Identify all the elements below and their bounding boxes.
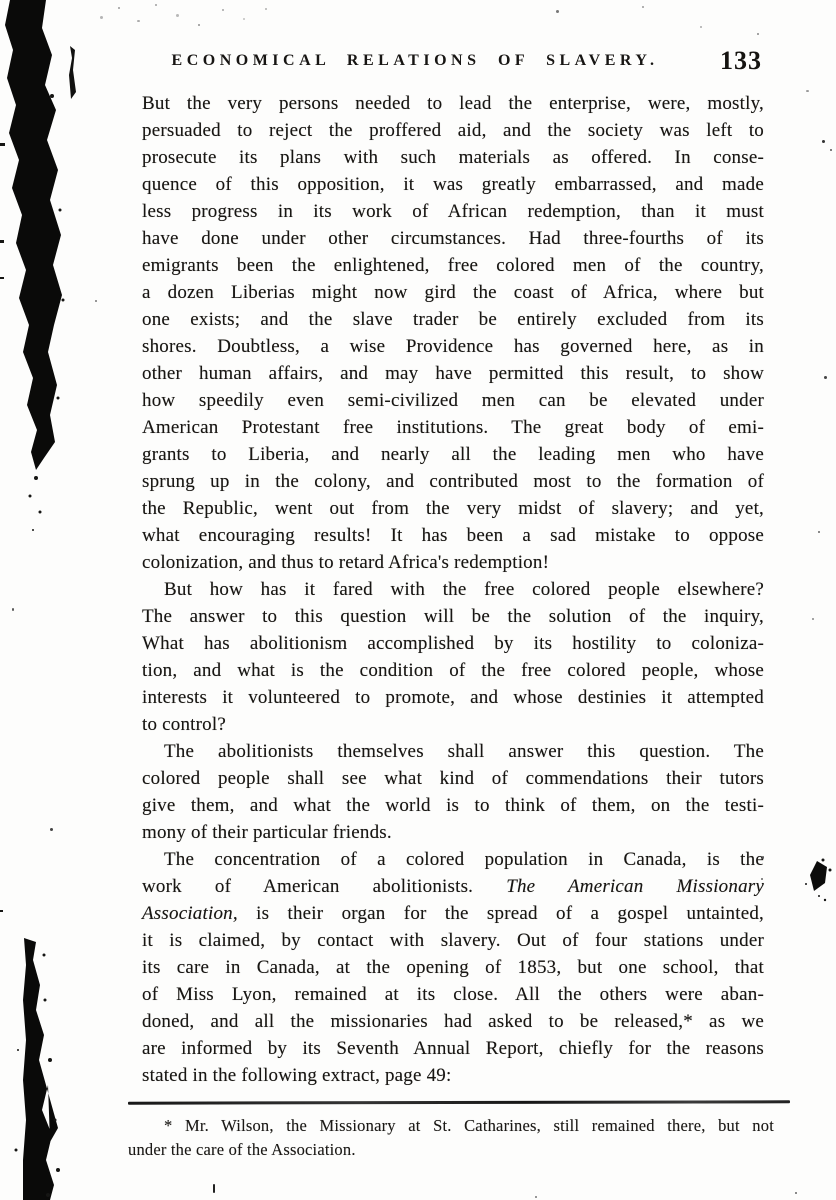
body-line: colonization, and thus to retard Africa'… [142,549,764,576]
body-line: one exists; and the slave trader be enti… [142,306,764,333]
scan-speck [822,140,825,143]
body-line: The abolitionists themselves shall answe… [142,738,764,765]
footnote-line: under the care of the Association. [128,1138,774,1162]
body-line: The concentration of a colored populatio… [142,846,764,873]
scan-speck [265,8,267,10]
ink-blob-left-bottom [23,938,58,1200]
plain-text: is their organ for the spread of a gospe… [238,903,764,924]
scan-speck [243,18,245,20]
body-line: have done under other circumstances. Had… [142,225,764,252]
body-text: But the very persons needed to lead the … [142,90,764,1089]
scan-speck [806,90,809,92]
body-line: What has abolitionism accomplished by it… [142,630,764,657]
scan-speck [642,6,644,8]
scan-speck [176,14,179,17]
page-number: 133 [720,46,762,76]
body-line: The answer to this question will be the … [142,603,764,630]
scan-speck [824,376,827,379]
running-header: ECONOMICAL RELATIONS OF SLAVERY. 133 [142,46,764,80]
scan-speck [535,1196,537,1198]
body-line: interests it volunteered to promote, and… [142,684,764,711]
body-line: it is claimed, by contact with slavery. … [142,927,764,954]
body-line: tion, and what is the condition of the f… [142,657,764,684]
footnote-line: * Mr. Wilson, the Missionary at St. Cath… [128,1114,774,1138]
body-line: persuaded to reject the proffered aid, a… [142,117,764,144]
scan-speck [812,618,814,620]
body-line: its care in Canada, at the opening of 18… [142,954,764,981]
header-title: ECONOMICAL RELATIONS OF SLAVERY. [142,52,688,70]
body-line: quence of this opposition, it was greatl… [142,171,764,198]
scanned-book-page: ECONOMICAL RELATIONS OF SLAVERY. 133 But… [0,0,836,1200]
ink-speckles [0,94,65,1197]
scan-speck [762,856,764,859]
body-line: to control? [142,711,764,738]
body-line: are informed by its Seventh Annual Repor… [142,1035,764,1062]
body-line: sprung up in the colony, and contributed… [142,468,764,495]
scan-speck [757,33,759,35]
ink-squiggle [69,46,76,99]
scan-speck [155,4,157,6]
ink-blob-left-top [5,0,62,470]
scan-speck [830,149,832,151]
body-line: emigrants been the enlightened, free col… [142,252,764,279]
plain-text: work of American abolitionists. [142,876,506,897]
scan-speck [761,878,763,880]
body-line: give them, and what the world is to thin… [142,792,764,819]
scan-speck [137,20,140,22]
scan-speck [100,16,103,19]
body-line: shores. Doubtless, a wise Providence has… [142,333,764,360]
footnote-separator [128,1100,790,1104]
scan-speck [198,24,200,26]
scan-speck [118,7,120,9]
body-line: prosecute its plans with such materials … [142,144,764,171]
body-line: work of American abolitionists. The Amer… [142,873,764,900]
body-line: a dozen Liberias might now gird the coas… [142,279,764,306]
scan-speck [50,828,53,831]
body-line: mony of their particular friends. [142,819,764,846]
scan-speck [222,9,224,11]
body-line: But how has it fared with the free color… [142,576,764,603]
scan-speck [213,1184,215,1193]
body-line: Association, is their organ for the spre… [142,900,764,927]
body-line: stated in the following extract, page 49… [142,1062,764,1089]
italic-text: Association, [142,903,238,924]
body-line: American Protestant free institutions. T… [142,414,764,441]
body-line: what encouraging results! It has been a … [142,522,764,549]
ink-blob-right [798,853,836,913]
body-line: But the very persons needed to lead the … [142,90,764,117]
body-line: of Miss Lyon, remained at its close. All… [142,981,764,1008]
scan-speck [12,608,14,611]
scan-speck [818,531,820,533]
italic-text: The American Missionary [506,876,764,897]
body-line: colored people shall see what kind of co… [142,765,764,792]
footnote: * Mr. Wilson, the Missionary at St. Cath… [128,1114,774,1161]
body-line: grants to Liberia, and nearly all the le… [142,441,764,468]
scan-speck [95,300,97,302]
body-line: the Republic, went out from the very mid… [142,495,764,522]
body-line: other human affairs, and may have permit… [142,360,764,387]
scan-speck [700,26,702,28]
scan-speck [556,10,559,13]
body-line: less progress in its work of African red… [142,198,764,225]
scan-speck [795,1192,797,1194]
ink-blob-left [0,0,82,1200]
body-line: doned, and all the missionaries had aske… [142,1008,764,1035]
body-line: how speedily even semi-civilized men can… [142,387,764,414]
